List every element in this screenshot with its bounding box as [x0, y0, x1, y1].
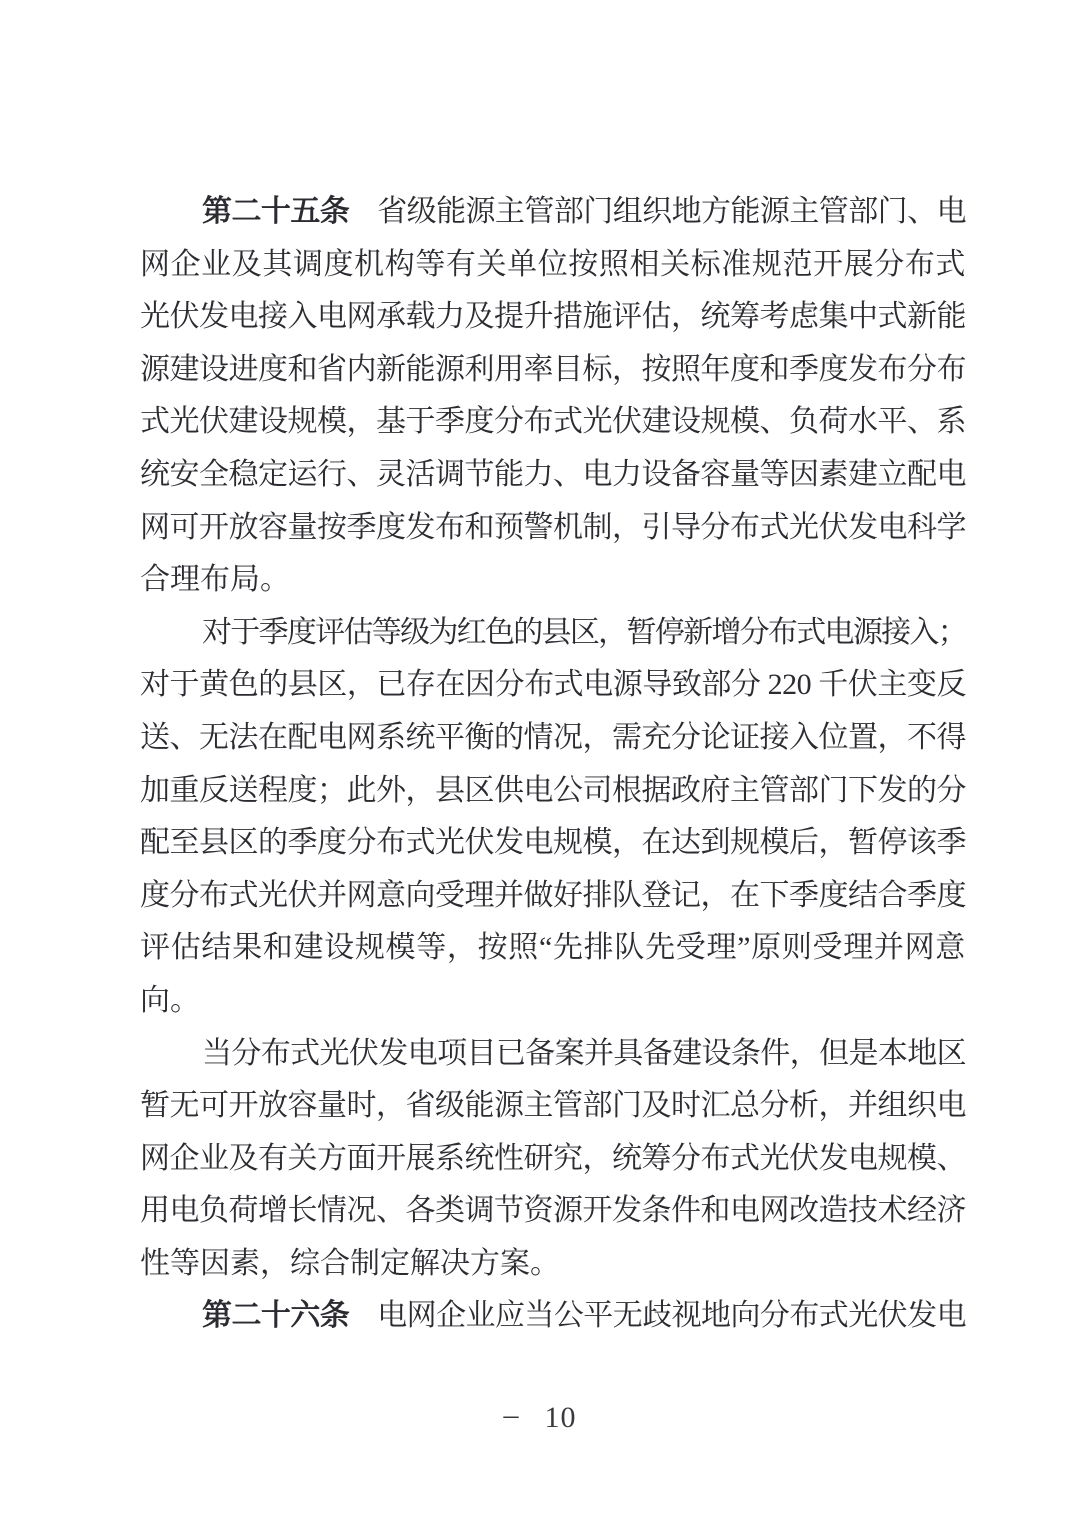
text-segment: 合理布局。	[140, 563, 290, 596]
text-segment: 用电负荷增长情况、各类调节资源开发条件和电网改造技术经济	[140, 1194, 966, 1227]
text-line-content: 配至县区的季度分布式光伏发电规模，在达到规模后，暂停该季	[140, 826, 966, 859]
text-line-content: 光伏发电接入电网承载力及提升措施评估，统筹考虑集中式新能	[140, 300, 966, 333]
text-line-content: 暂无可开放容量时，省级能源主管部门及时汇总分析，并组织电	[140, 1089, 966, 1122]
text-line-content: 源建设进度和省内新能源利用率目标，按照年度和季度发布分布	[140, 353, 966, 386]
text-line-content: 第二十六条电网企业应当公平无歧视地向分布式光伏发电	[202, 1299, 966, 1332]
text-segment: 统安全稳定运行、灵活调节能力、电力设备容量等因素建立配电	[140, 458, 966, 491]
text-line-content: 对于季度评估等级为红色的县区，暂停新增分布式电源接入；	[202, 616, 966, 649]
footer-dash: –	[504, 1389, 519, 1441]
text-line-content: 网企业及其调度机构等有关单位按照相关标准规范开展分布式	[140, 248, 966, 281]
text-line: 用电负荷增长情况、各类调节资源开发条件和电网改造技术经济	[140, 1185, 966, 1238]
text-segment: 度分布式光伏并网意向受理并做好排队登记，在下季度结合季度	[140, 879, 966, 912]
text-segment: 送、无法在配电网系统平衡的情况，需充分论证接入位置，不得	[140, 721, 966, 754]
text-line-content: 式光伏建设规模，基于季度分布式光伏建设规模、负荷水平、系	[140, 405, 966, 438]
text-segment: 评估结果和建设规模等，按照“先排队先受理”原则受理并网意	[140, 931, 966, 964]
text-segment: 省级能源主管部门组织地方能源主管部门、电	[377, 195, 966, 228]
text-segment: 性等因素，综合制定解决方案。	[140, 1247, 560, 1280]
text-line-content: 网企业及有关方面开展系统性研究，统筹分布式光伏发电规模、	[140, 1142, 966, 1175]
text-line: 网企业及其调度机构等有关单位按照相关标准规范开展分布式	[140, 239, 966, 292]
text-line: 第二十六条电网企业应当公平无歧视地向分布式光伏发电	[140, 1290, 966, 1343]
text-segment: 对于黄色的县区，已存在因分布式电源导致部分 220 千伏主变反	[140, 668, 966, 701]
text-line: 当分布式光伏发电项目已备案并具备建设条件，但是本地区	[140, 1028, 966, 1081]
text-segment: 配至县区的季度分布式光伏发电规模，在达到规模后，暂停该季	[140, 826, 966, 859]
page-footer: –10	[0, 1392, 1080, 1444]
text-segment: 对于季度评估等级为红色的县区，暂停新增分布式电源接入；	[202, 616, 966, 649]
text-line: 加重反送程度；此外，县区供电公司根据政府主管部门下发的分	[140, 765, 966, 818]
document-page: 第二十五条省级能源主管部门组织地方能源主管部门、电网企业及其调度机构等有关单位按…	[0, 0, 1080, 1527]
text-line: 评估结果和建设规模等，按照“先排队先受理”原则受理并网意	[140, 922, 966, 975]
text-line: 向。	[140, 975, 966, 1028]
text-line: 第二十五条省级能源主管部门组织地方能源主管部门、电	[140, 186, 966, 239]
text-line: 度分布式光伏并网意向受理并做好排队登记，在下季度结合季度	[140, 870, 966, 923]
text-line: 送、无法在配电网系统平衡的情况，需充分论证接入位置，不得	[140, 712, 966, 765]
text-line-content: 统安全稳定运行、灵活调节能力、电力设备容量等因素建立配电	[140, 458, 966, 491]
document-body: 第二十五条省级能源主管部门组织地方能源主管部门、电网企业及其调度机构等有关单位按…	[140, 186, 966, 1343]
text-line-content: 网可开放容量按季度发布和预警机制，引导分布式光伏发电科学	[140, 511, 966, 544]
article-number: 第二十六条	[202, 1299, 349, 1332]
text-segment: 光伏发电接入电网承载力及提升措施评估，统筹考虑集中式新能	[140, 300, 966, 333]
text-segment: 向。	[140, 984, 200, 1017]
text-line: 暂无可开放容量时，省级能源主管部门及时汇总分析，并组织电	[140, 1080, 966, 1133]
text-line: 统安全稳定运行、灵活调节能力、电力设备容量等因素建立配电	[140, 449, 966, 502]
text-line: 对于季度评估等级为红色的县区，暂停新增分布式电源接入；	[140, 607, 966, 660]
text-line-content: 用电负荷增长情况、各类调节资源开发条件和电网改造技术经济	[140, 1194, 966, 1227]
text-segment: 源建设进度和省内新能源利用率目标，按照年度和季度发布分布	[140, 353, 966, 386]
text-segment: 加重反送程度；此外，县区供电公司根据政府主管部门下发的分	[140, 774, 966, 807]
text-line-content: 加重反送程度；此外，县区供电公司根据政府主管部门下发的分	[140, 774, 966, 807]
article-number: 第二十五条	[202, 195, 349, 228]
text-line: 式光伏建设规模，基于季度分布式光伏建设规模、负荷水平、系	[140, 396, 966, 449]
text-line: 合理布局。	[140, 554, 966, 607]
text-line-content: 第二十五条省级能源主管部门组织地方能源主管部门、电	[202, 195, 966, 228]
text-segment: 网可开放容量按季度发布和预警机制，引导分布式光伏发电科学	[140, 511, 966, 544]
text-line: 性等因素，综合制定解决方案。	[140, 1238, 966, 1291]
text-line-content: 向。	[140, 984, 200, 1017]
page-number: 10	[545, 1401, 577, 1434]
text-line-content: 送、无法在配电网系统平衡的情况，需充分论证接入位置，不得	[140, 721, 966, 754]
text-segment: 网企业及有关方面开展系统性研究，统筹分布式光伏发电规模、	[140, 1142, 966, 1175]
text-segment: 当分布式光伏发电项目已备案并具备建设条件，但是本地区	[202, 1037, 966, 1070]
text-line-content: 合理布局。	[140, 563, 290, 596]
text-line: 源建设进度和省内新能源利用率目标，按照年度和季度发布分布	[140, 344, 966, 397]
text-line-content: 度分布式光伏并网意向受理并做好排队登记，在下季度结合季度	[140, 879, 966, 912]
text-line: 网企业及有关方面开展系统性研究，统筹分布式光伏发电规模、	[140, 1133, 966, 1186]
text-line-content: 性等因素，综合制定解决方案。	[140, 1247, 560, 1280]
text-segment: 暂无可开放容量时，省级能源主管部门及时汇总分析，并组织电	[140, 1089, 966, 1122]
text-line: 对于黄色的县区，已存在因分布式电源导致部分 220 千伏主变反	[140, 659, 966, 712]
text-segment: 式光伏建设规模，基于季度分布式光伏建设规模、负荷水平、系	[140, 405, 966, 438]
text-segment: 电网企业应当公平无歧视地向分布式光伏发电	[377, 1299, 966, 1332]
text-line: 配至县区的季度分布式光伏发电规模，在达到规模后，暂停该季	[140, 817, 966, 870]
text-line-content: 当分布式光伏发电项目已备案并具备建设条件，但是本地区	[202, 1037, 966, 1070]
text-line-content: 评估结果和建设规模等，按照“先排队先受理”原则受理并网意	[140, 931, 966, 964]
text-line: 光伏发电接入电网承载力及提升措施评估，统筹考虑集中式新能	[140, 291, 966, 344]
text-line-content: 对于黄色的县区，已存在因分布式电源导致部分 220 千伏主变反	[140, 668, 966, 701]
text-line: 网可开放容量按季度发布和预警机制，引导分布式光伏发电科学	[140, 502, 966, 555]
text-segment: 网企业及其调度机构等有关单位按照相关标准规范开展分布式	[140, 248, 966, 281]
